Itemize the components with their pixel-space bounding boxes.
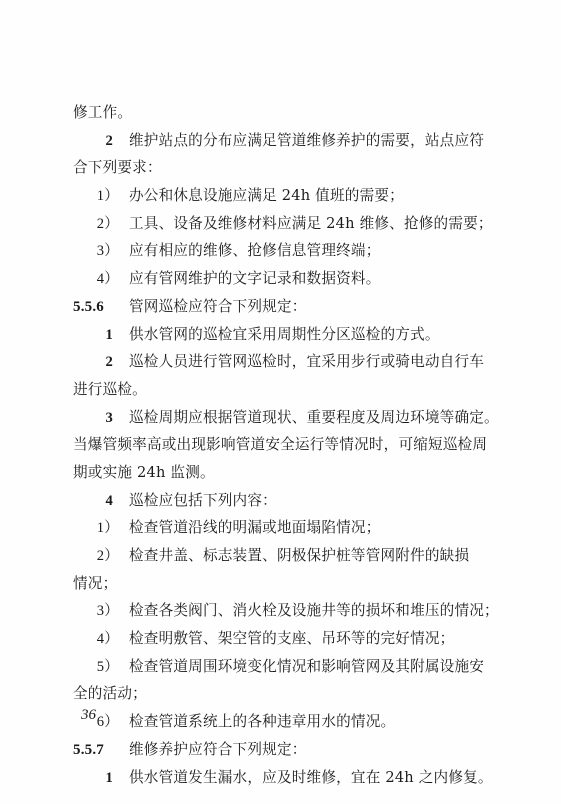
numbered-paragraph: 1供水管道发生漏水，应及时维修，宜在 24h 之内修复。	[73, 764, 473, 792]
line-text: 办公和休息设施应满足 24h 值班的需要；	[129, 187, 404, 204]
numbered-paragraph: 4巡检应包括下列内容：	[73, 487, 473, 515]
text-line: 当爆管频率高或出现影响管道安全运行等情况时，可缩短巡检周	[73, 431, 473, 459]
list-item: 3）应有相应的维修、抢修信息管理终端；	[73, 237, 473, 265]
list-item-number: 4）	[73, 266, 129, 294]
list-item-number: 1）	[73, 515, 129, 543]
list-item: 2）检查井盖、标志装置、阴极保护桩等管网附件的缺损	[73, 542, 473, 570]
line-text: 检查管道周围环境变化情况和影响管网及其附属设施安	[129, 658, 484, 675]
paragraph-number: 2	[73, 349, 129, 377]
line-text: 巡检人员进行管网巡检时，宜采用步行或骑电动自行车	[129, 353, 484, 370]
line-text: 进行巡检。	[73, 381, 147, 398]
paragraph-number: 3	[73, 405, 129, 433]
paragraph-number: 1	[73, 322, 129, 350]
clause-number: 5.5.6	[73, 294, 129, 322]
numbered-paragraph: 2维护站点的分布应满足管道维修养护的需要，站点应符	[73, 127, 473, 155]
paragraph-number: 4	[73, 488, 129, 516]
line-text: 合下列要求：	[73, 159, 162, 176]
numbered-paragraph: 3巡检周期应根据管道现状、重要程度及周边环境等确定。	[73, 404, 473, 432]
paragraph-number: 1	[73, 765, 129, 793]
line-text: 期或实施 24h 监测。	[73, 464, 215, 481]
list-item-number: 5）	[73, 654, 129, 682]
paragraph-number: 2	[73, 128, 129, 156]
line-text: 检查管道系统上的各种违章用水的情况。	[129, 713, 395, 730]
numbered-paragraph: 2巡检人员进行管网巡检时，宜采用步行或骑电动自行车	[73, 348, 473, 376]
document-page: 修工作。2维护站点的分布应满足管道维修养护的需要，站点应符合下列要求：1）办公和…	[0, 0, 561, 804]
text-line: 期或实施 24h 监测。	[73, 459, 473, 487]
line-text: 检查井盖、标志装置、阴极保护桩等管网附件的缺损	[129, 547, 469, 564]
line-text: 应有相应的维修、抢修信息管理终端；	[129, 242, 381, 259]
line-text: 维护站点的分布应满足管道维修养护的需要，站点应符	[129, 132, 484, 149]
line-text: 维修养护应符合下列规定：	[129, 741, 307, 758]
document-body: 修工作。2维护站点的分布应满足管道维修养护的需要，站点应符合下列要求：1）办公和…	[73, 99, 473, 791]
list-item-number: 1）	[73, 183, 129, 211]
line-text: 检查明敷管、架空管的支座、吊环等的完好情况；	[129, 630, 454, 647]
clause-heading: 5.5.7维修养护应符合下列规定：	[73, 736, 473, 764]
list-item-number: 3）	[73, 598, 129, 626]
list-item: 1）办公和休息设施应满足 24h 值班的需要；	[73, 182, 473, 210]
list-item: 4）检查明敷管、架空管的支座、吊环等的完好情况；	[73, 625, 473, 653]
list-item-number: 4）	[73, 626, 129, 654]
text-line: 情况；	[73, 570, 473, 598]
line-text: 修工作。	[73, 104, 132, 121]
list-item: 5）检查管道周围环境变化情况和影响管网及其附属设施安	[73, 653, 473, 681]
list-item-number: 3）	[73, 238, 129, 266]
line-text: 应有管网维护的文字记录和数据资料。	[129, 270, 381, 287]
page-number: 36	[81, 707, 96, 724]
list-item-number: 2）	[73, 543, 129, 571]
text-line: 合下列要求：	[73, 154, 473, 182]
list-item: 2）工具、设备及维修材料应满足 24h 维修、抢修的需要；	[73, 210, 473, 238]
line-text: 检查各类阀门、消火栓及设施井等的损坏和堆压的情况；	[129, 602, 499, 619]
clause-heading: 5.5.6管网巡检应符合下列规定：	[73, 293, 473, 321]
line-text: 管网巡检应符合下列规定：	[129, 298, 307, 315]
list-item: 6）检查管道系统上的各种违章用水的情况。	[73, 708, 473, 736]
text-line: 全的活动；	[73, 680, 473, 708]
line-text: 巡检周期应根据管道现状、重要程度及周边环境等确定。	[129, 409, 499, 426]
clause-number: 5.5.7	[73, 737, 129, 765]
text-line: 修工作。	[73, 99, 473, 127]
list-item: 4）应有管网维护的文字记录和数据资料。	[73, 265, 473, 293]
list-item-number: 2）	[73, 211, 129, 239]
text-line: 进行巡检。	[73, 376, 473, 404]
list-item: 3）检查各类阀门、消火栓及设施井等的损坏和堆压的情况；	[73, 597, 473, 625]
line-text: 工具、设备及维修材料应满足 24h 维修、抢修的需要；	[129, 215, 493, 232]
line-text: 全的活动；	[73, 685, 147, 702]
numbered-paragraph: 1供水管网的巡检宜采用周期性分区巡检的方式。	[73, 321, 473, 349]
list-item: 1）检查管道沿线的明漏或地面塌陷情况；	[73, 514, 473, 542]
line-text: 检查管道沿线的明漏或地面塌陷情况；	[129, 519, 381, 536]
line-text: 供水管道发生漏水，应及时维修，宜在 24h 之内修复。	[129, 769, 493, 786]
line-text: 供水管网的巡检宜采用周期性分区巡检的方式。	[129, 326, 440, 343]
line-text: 巡检应包括下列内容：	[129, 492, 277, 509]
line-text: 当爆管频率高或出现影响管道安全运行等情况时，可缩短巡检周	[73, 436, 487, 453]
line-text: 情况；	[73, 575, 117, 592]
